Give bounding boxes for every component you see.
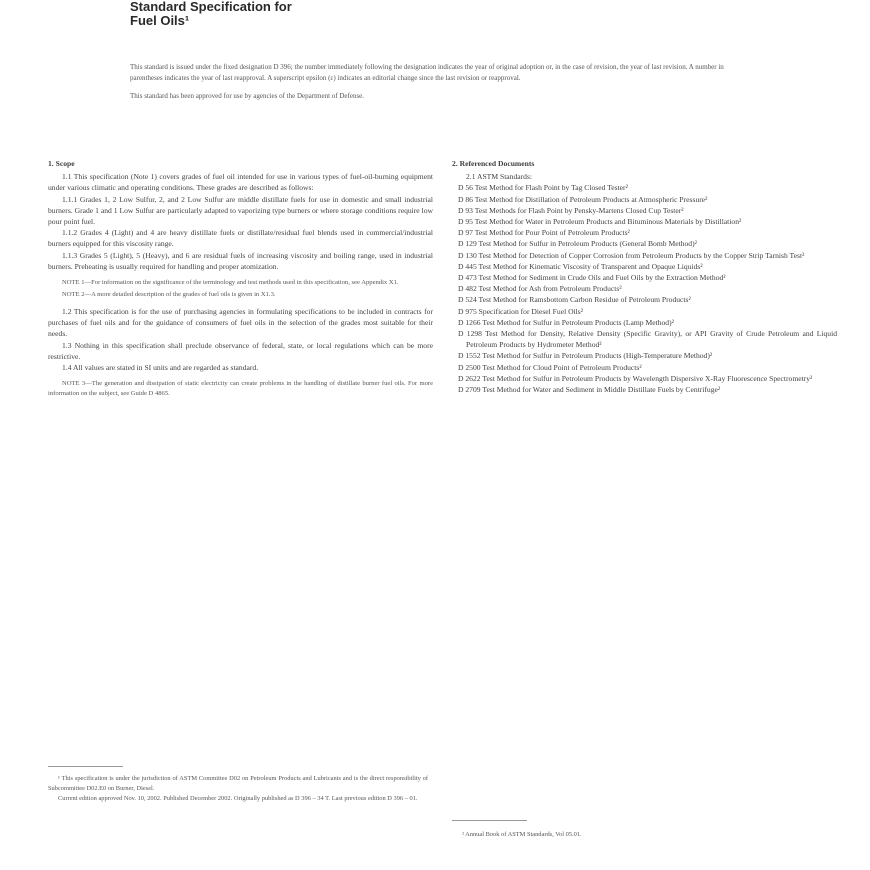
- reference-item: D 2622 Test Method for Sulfur in Petrole…: [452, 373, 837, 384]
- title-line-1: Standard Specification for: [130, 0, 292, 14]
- reference-item: D 130 Test Method for Detection of Coppe…: [452, 250, 837, 261]
- reference-item: D 1552 Test Method for Sulfur in Petrole…: [452, 350, 837, 361]
- note: NOTE 1—For information on the significan…: [48, 278, 433, 288]
- footnote-divider: [48, 766, 123, 767]
- paragraph: 1.1.3 Grades 5 (Light), 5 (Heavy), and 6…: [48, 250, 433, 272]
- designation-note: This standard is issued under the fixed …: [130, 62, 750, 84]
- footnotes-left: ¹ This specification is under the jurisd…: [48, 774, 428, 805]
- reference-item: D 1298 Test Method for Density, Relative…: [452, 328, 837, 350]
- document-title: Standard Specification for Fuel Oils¹: [130, 0, 292, 28]
- paragraph: 1.4 All values are stated in SI units an…: [48, 362, 433, 373]
- dod-approval-note: This standard has been approved for use …: [130, 91, 750, 102]
- reference-item: D 473 Test Method for Sediment in Crude …: [452, 272, 837, 283]
- paragraph: 1.3 Nothing in this specification shall …: [48, 340, 433, 362]
- standard-preamble: This standard is issued under the fixed …: [130, 62, 750, 109]
- footnote: Current edition approved Nov. 10, 2002. …: [48, 794, 428, 804]
- reference-item: D 975 Specification for Diesel Fuel Oils…: [452, 306, 837, 317]
- note: NOTE 2—A more detailed description of th…: [48, 290, 433, 300]
- paragraph: 1.1 This specification (Note 1) covers g…: [48, 171, 433, 193]
- left-column: 1. Scope 1.1 This specification (Note 1)…: [48, 158, 433, 405]
- note: NOTE 3—The generation and dissipation of…: [48, 379, 433, 399]
- footnote: ¹ This specification is under the jurisd…: [48, 774, 428, 793]
- reference-item: D 93 Test Methods for Flash Point by Pen…: [452, 205, 837, 216]
- footnotes-right: ² Annual Book of ASTM Standards, Vol 05.…: [452, 830, 832, 841]
- paragraph: 1.1.1 Grades 1, 2 Low Sulfur, 2, and 2 L…: [48, 194, 433, 228]
- reference-item: D 445 Test Method for Kinematic Viscosit…: [452, 261, 837, 272]
- paragraph: 1.2 This specification is for the use of…: [48, 306, 433, 340]
- reference-item: D 482 Test Method for Ash from Petroleum…: [452, 283, 837, 294]
- right-column: 2. Referenced Documents 2.1 ASTM Standar…: [452, 158, 837, 395]
- footnote: ² Annual Book of ASTM Standards, Vol 05.…: [452, 830, 832, 840]
- reference-item: D 2709 Test Method for Water and Sedimen…: [452, 384, 837, 395]
- reference-item: D 56 Test Method for Flash Point by Tag …: [452, 182, 837, 193]
- section-heading-scope: 1. Scope: [48, 158, 433, 169]
- reference-item: D 1266 Test Method for Sulfur in Petrole…: [452, 317, 837, 328]
- reference-item: D 95 Test Method for Water in Petroleum …: [452, 216, 837, 227]
- paragraph: 1.1.2 Grades 4 (Light) and 4 are heavy d…: [48, 227, 433, 249]
- footnote-divider: [452, 820, 527, 821]
- title-line-2: Fuel Oils¹: [130, 14, 292, 28]
- reference-item: D 129 Test Method for Sulfur in Petroleu…: [452, 238, 837, 249]
- reference-item: D 524 Test Method for Ramsbottom Carbon …: [452, 294, 837, 305]
- reference-item: D 97 Test Method for Pour Point of Petro…: [452, 227, 837, 238]
- subsection-heading: 2.1 ASTM Standards:: [452, 171, 837, 182]
- section-heading-referenced-documents: 2. Referenced Documents: [452, 158, 837, 169]
- reference-item: D 2500 Test Method for Cloud Point of Pe…: [452, 362, 837, 373]
- reference-item: D 86 Test Method for Distillation of Pet…: [452, 194, 837, 205]
